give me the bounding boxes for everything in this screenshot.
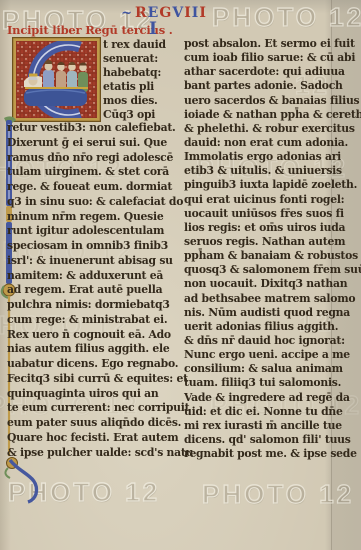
header-letters: REGVIII [135, 5, 207, 21]
manuscript-page: PHOTO 12PHOTO 1212PHOTO 12PHOTO 12PHOTO … [0, 0, 361, 550]
text-line: retur vestib3: non calefiebat. [7, 121, 181, 136]
text-line: cum rege: & ministrabat ei. [7, 313, 181, 328]
text-line: lios regis: et om̄s uiros iuda [184, 221, 334, 235]
text-line: nias autem filius aggith. ele [7, 342, 181, 357]
text-line: & dn̄s nr̄ dauid hoc ignorat: [184, 334, 334, 348]
text-line: t rex dauid [103, 38, 181, 52]
text-line: etib3 & uitulis. & uniuersis [184, 164, 334, 178]
text-line: minum nr̄m regem. Quesie [7, 210, 181, 225]
text-line: Cūq3 opi [103, 108, 181, 122]
text-line: pph̄am & banaiam & robustos [184, 249, 334, 263]
text-line: mi rex iurasti m̄ ancille tue [184, 419, 334, 433]
text-line: qui erat uicinus fonti rogel: [184, 193, 334, 207]
historiated-initial-E [12, 37, 101, 122]
text-line: quosq3 & salomonem fr̄em suū [184, 263, 334, 277]
text-line: speciosam in omnib3 finib3 [7, 239, 181, 254]
text-line: dauid: non erat cum adonia. [184, 136, 334, 150]
text-line: uabatur dicens. Ego regnabo. [7, 357, 181, 372]
text-line: namitem: & adduxerunt eā [7, 269, 181, 284]
text-column-left-beside-initial: t rex dauidsenuerat:habebatq:etatis plim… [103, 38, 181, 122]
text-line: & phelethi. & robur exercitus [184, 122, 334, 136]
text-line: pinguib3 iuxta lapidē zoeleth. [184, 178, 334, 192]
text-line: nis. Nūm audisti quod regna [184, 306, 334, 320]
text-line: tuam. filiiq3 tui salomonis. [184, 376, 334, 390]
header-letter: I [199, 5, 207, 21]
text-line: mos dies. [103, 94, 181, 108]
text-line: ad regem. Erat autē puella [7, 283, 181, 298]
text-line: senuerat: [103, 52, 181, 66]
text-line: bant partes adonie. Sadoch [184, 79, 334, 93]
text-line: non uocauit. Dixitq3 nathan [184, 277, 334, 291]
text-line: Quare hoc fecisti. Erat autem [7, 431, 181, 446]
text-line: regnabit post me. & ipse sede [184, 447, 334, 461]
text-line: Nunc ergo ueni. accipe a me [184, 348, 334, 362]
text-line: uero sacerdos & banaias filius [184, 94, 334, 108]
text-line: ioiade & nathan pph̄a & cerethi [184, 108, 334, 122]
text-line: Vade & ingredere ad regē da [184, 391, 334, 405]
rubric-incipit: Incipit liber Regū tercius . [7, 23, 173, 37]
text-line: rege. & foueat eum. dormiat [7, 180, 181, 195]
text-line: consilium: & salua animam [184, 362, 334, 376]
text-line: cum ioab filio sarue: & cū abi [184, 51, 334, 65]
text-line: pulchra nimis: dormiebatq3 [7, 298, 181, 313]
photo12-watermark: PHOTO 12 [212, 2, 361, 33]
text-column-right: post absalon. Et sermo ei fuitcum ioab f… [184, 37, 334, 461]
text-line: post absalon. Et sermo ei fuit [184, 37, 334, 51]
text-line: etatis pli [103, 80, 181, 94]
text-column-left: retur vestib3: non calefiebat.Dixerunt ḡ… [7, 121, 181, 460]
text-line: habebatq: [103, 66, 181, 80]
text-line: Immolatis ergo adonias ari [184, 150, 334, 164]
crown-icon [29, 74, 38, 77]
text-line: q3 in sinu suo: & calefaciat do [7, 195, 181, 210]
text-line: & ipse pulcher ualde: scd's natu [7, 446, 181, 461]
text-line: uid: et dic ei. Nonne tu dn̄e [184, 405, 334, 419]
text-line: ad bethsabee matrem salomo [184, 292, 334, 306]
chapter-numeral: I [149, 19, 157, 39]
text-line: uocauit uniūsos fr̄es suos fi [184, 207, 334, 221]
header-flourish-icon: ~ [121, 6, 133, 22]
text-line: tulam uirginem. & stet corā [7, 165, 181, 180]
text-line: eum pater suus aliqn̄do dicēs. [7, 416, 181, 431]
text-line: Fecitq3 sibi currū & equites: et [7, 372, 181, 387]
text-line: seruos regis. Nathan autem [184, 235, 334, 249]
header-letter: G [159, 5, 172, 21]
text-line: Rex uero n̄ cognouit eā. Ado [7, 328, 181, 343]
text-line: ramus dn̄o nr̄o regi adolescē [7, 151, 181, 166]
text-line: isrl': & inuenerunt abisag su [7, 254, 181, 269]
header-letter: I [184, 5, 192, 21]
text-line: Dixerunt ḡ ei serui sui. Que [7, 136, 181, 151]
text-line: quinquaginta uiros qui an [7, 387, 181, 402]
text-line: runt igitur adolescentulam [7, 224, 181, 239]
text-line: dicens. qd' salomon fili' tuus [184, 433, 334, 447]
text-line: uerit adonias filius aggith. [184, 320, 334, 334]
header-letter: R [135, 5, 148, 21]
text-line: te eum currerent: nec corripuit [7, 401, 181, 416]
running-header: ~ REGVIII [114, 5, 214, 21]
text-line: athar sacerdote: qui adiuua [184, 65, 334, 79]
header-letter: V [172, 5, 184, 21]
